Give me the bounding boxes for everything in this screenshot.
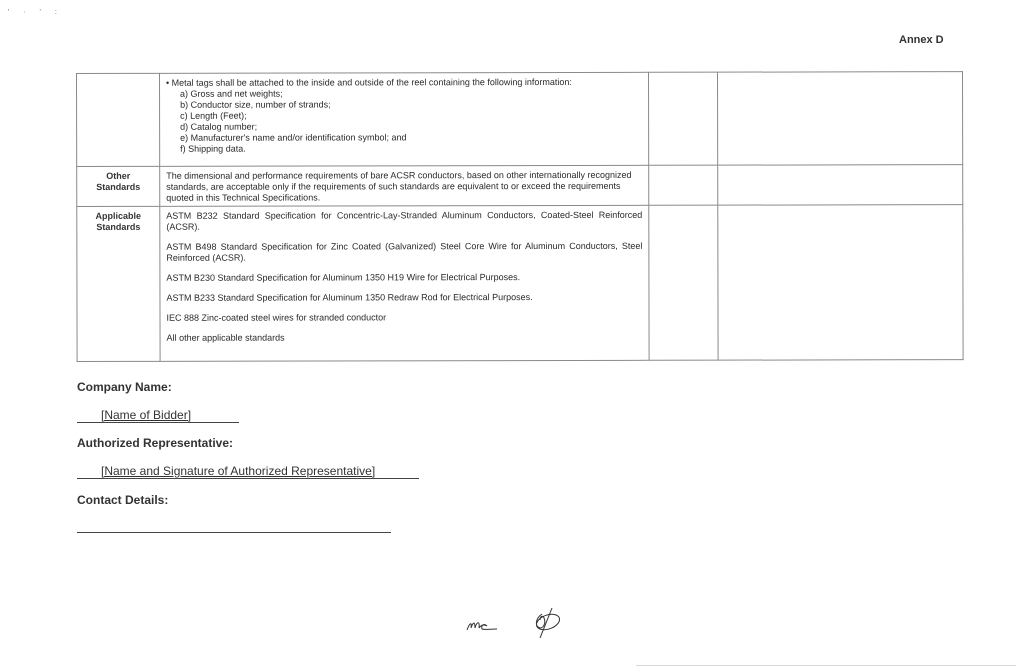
standard-item: IEC 888 Zinc-coated steel wires for stra… <box>167 312 643 324</box>
table-row: Applicable Standards ASTM B232 Standard … <box>77 205 963 362</box>
authorized-rep-label: Authorized Representative: <box>77 436 233 450</box>
other-standards-text: The dimensional and performance requirem… <box>160 165 649 206</box>
scan-artifacts: ' · ' : <box>8 9 63 16</box>
applicable-standards-list: ASTM B232 Standard Specification for Con… <box>160 205 649 361</box>
remarks-cell <box>717 72 962 166</box>
row-label: Applicable Standards <box>77 206 160 361</box>
compliance-cell <box>648 72 717 165</box>
technical-spec-table: • Metal tags shall be attached to the in… <box>76 71 964 362</box>
authorized-rep-field[interactable]: [Name and Signature of Authorized Repres… <box>77 463 419 479</box>
standard-item: ASTM B230 Standard Specification for Alu… <box>166 272 642 284</box>
bullet-text: • Metal tags shall be attached to the in… <box>166 77 642 89</box>
authorized-rep-value: [Name and Signature of Authorized Repres… <box>101 464 375 478</box>
list-item: f) Shipping data. <box>180 143 642 155</box>
standard-item: ASTM B232 Standard Specification for Con… <box>166 210 642 233</box>
table-row: • Metal tags shall be attached to the in… <box>77 72 963 167</box>
row-label <box>77 73 160 166</box>
remarks-cell <box>718 205 963 361</box>
initials-signature-icon <box>465 612 505 636</box>
table-row: Other Standards The dimensional and perf… <box>77 165 963 207</box>
signature-icon <box>528 606 564 642</box>
standard-item: ASTM B498 Standard Specification for Zin… <box>166 241 642 264</box>
row-label: Other Standards <box>77 166 160 206</box>
compliance-cell <box>649 165 718 205</box>
annex-label: Annex D <box>899 34 944 46</box>
standard-item: ASTM B233 Standard Specification for Alu… <box>166 292 642 304</box>
tag-info-list: a) Gross and net weights; b) Conductor s… <box>166 88 642 155</box>
contact-details-label: Contact Details: <box>77 493 168 507</box>
reel-tag-requirements: • Metal tags shall be attached to the in… <box>160 72 649 166</box>
company-name-field[interactable]: [Name of Bidder] <box>77 407 239 423</box>
page-edge-line <box>636 665 1016 666</box>
company-name-value: [Name of Bidder] <box>101 408 191 422</box>
standard-item: All other applicable standards <box>167 332 643 344</box>
company-name-label: Company Name: <box>77 380 172 394</box>
remarks-cell <box>718 165 963 206</box>
compliance-cell <box>649 205 718 360</box>
contact-details-field[interactable] <box>77 517 391 533</box>
